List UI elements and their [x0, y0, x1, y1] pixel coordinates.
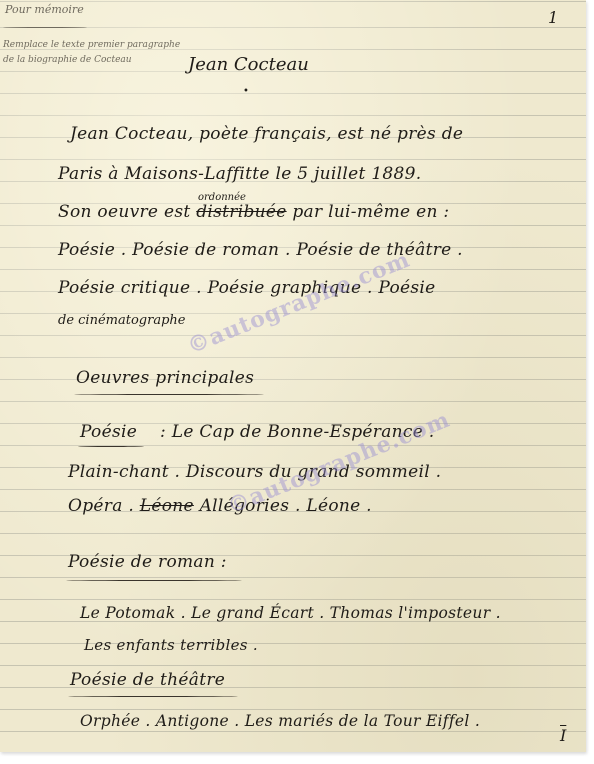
margin-note-heading: Pour mémoire	[5, 3, 84, 16]
poesie-line-2: Plain-chant . Discours du grand sommeil …	[68, 462, 441, 482]
roman-line-1: Le Potomak . Le grand Écart . Thomas l'i…	[80, 604, 501, 622]
bio-line-6: de cinématographe	[58, 313, 185, 328]
bio-line-3-prefix: Son oeuvre est	[58, 202, 191, 222]
bio-line-2: Paris à Maisons-Laffitte le 5 juillet 18…	[58, 164, 421, 184]
main-works-heading: Oeuvres principales	[76, 368, 254, 388]
bio-line-3: Son oeuvre est distribuée par lui-même e…	[58, 202, 449, 222]
margin-note-line-2: de la biographie de Cocteau	[3, 55, 132, 65]
roman-heading: Poésie de roman :	[68, 552, 227, 572]
main-works-underline	[74, 394, 264, 395]
theatre-line-1: Orphée . Antigone . Les mariés de la Tou…	[80, 712, 480, 730]
poesie-heading: Poésie	[80, 422, 137, 442]
bio-line-3-suffix: par lui-même en :	[292, 202, 449, 222]
roman-underline	[66, 580, 242, 581]
bio-line-1: Jean Cocteau, poète français, est né prè…	[70, 124, 463, 144]
ink-dot: •	[243, 86, 249, 97]
theatre-underline	[68, 696, 238, 697]
document-title: Jean Cocteau	[188, 54, 309, 75]
manuscript-page: Pour mémoire Remplace le texte premier p…	[0, 0, 586, 752]
poesie-line-3-struck: Léone	[140, 496, 194, 516]
bio-line-3-struck: distribuée	[196, 202, 286, 222]
margin-note-underline	[3, 27, 87, 28]
watermark-autographe-1: ©autographe.com	[184, 246, 414, 359]
theatre-heading: Poésie de théâtre	[70, 670, 225, 690]
bio-line-3-insertion: ordonnée	[198, 192, 246, 203]
margin-note-line-1: Remplace le texte premier paragraphe	[3, 40, 180, 50]
poesie-line-3: Opéra . Léone Allégories . Léone .	[68, 496, 372, 516]
poesie-underline	[78, 446, 144, 447]
roman-line-2: Les enfants terribles .	[84, 636, 258, 654]
poesie-line-3-prefix: Opéra .	[68, 496, 134, 516]
page-number-top: 1	[548, 8, 558, 27]
page-number-bottom: I	[560, 726, 566, 745]
